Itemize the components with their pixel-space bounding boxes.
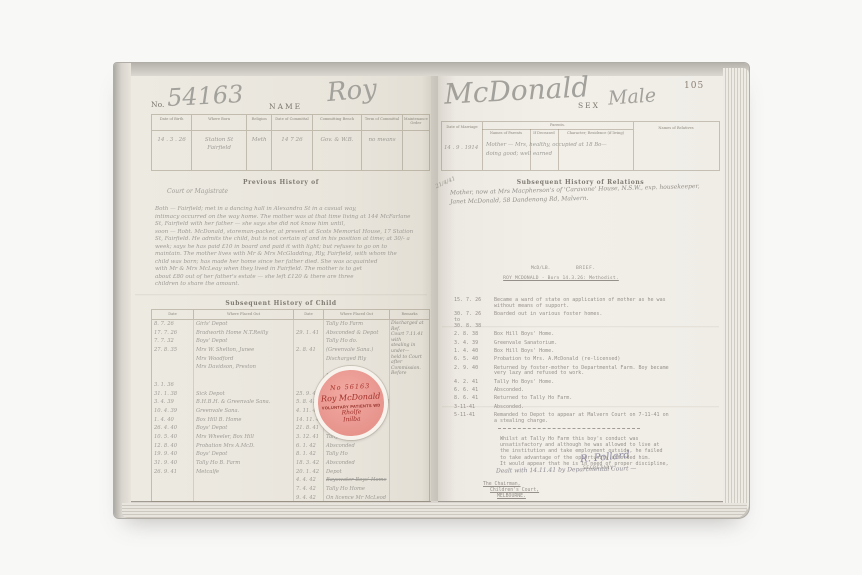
- table-cell: [294, 355, 324, 364]
- handwriting-line: week; says he has paid £10 in board and …: [155, 244, 423, 252]
- table-cell: 18. 3. 42: [294, 459, 324, 468]
- brief-entry-text: Box Hill Boys' Home.: [494, 332, 672, 338]
- table-cell: 3. 12. 41: [294, 433, 324, 442]
- table-cell: Discharged Rly: [324, 355, 390, 364]
- table-row: 12. 8. 40Probation Mrs A.McD.6. 1. 42Abs…: [152, 442, 429, 451]
- brief-entry-text: Became a ward of state on application of…: [494, 298, 672, 310]
- table-cell: [390, 450, 429, 459]
- table-cell: [152, 485, 194, 494]
- table-cell: Girls' Depot: [194, 320, 294, 329]
- brief-entry-date: 1. 4. 40: [454, 349, 494, 355]
- table-cell: 17. 7. 26: [152, 329, 194, 338]
- table-row: 1. 4. 40Box Hill B. Home14. 11. 41Abscon…: [152, 416, 429, 425]
- table-cell: Mrs Woodford: [194, 355, 294, 364]
- brief-entry: 6. 6. 41Absconded.: [454, 388, 672, 394]
- table-row: 9. 4. 42On licence Mr McLeod: [152, 494, 429, 502]
- table-cell: 10. 5. 40: [152, 433, 194, 442]
- column-header: Maintenance Order: [403, 115, 429, 131]
- table-cell: Depot: [324, 468, 390, 477]
- table-cell: [390, 468, 429, 477]
- table-cell: 1. 4. 40: [152, 416, 194, 425]
- brief-entry: 5-11-41Remanded to Depot to appear at Ma…: [454, 413, 672, 425]
- table-cell: [390, 485, 429, 494]
- column-value: no means: [362, 131, 401, 170]
- book-cover-top-edge: [114, 63, 749, 76]
- table-cell: [294, 337, 324, 346]
- info-table-column: Maintenance Order: [403, 115, 429, 170]
- table-cell: [390, 381, 429, 390]
- handwriting-line: child was born; has made her home since …: [155, 259, 423, 267]
- column-header: Where Placed Out: [324, 310, 390, 319]
- brief-title: ROY MCDONALD - Born 14.3.26: Methodist.: [496, 276, 626, 281]
- typed-separator: [498, 428, 640, 429]
- table-cell: 6. 1. 42: [294, 442, 324, 451]
- table-row: 4. 4. 42Bayswater Boys' Home: [152, 476, 429, 485]
- info-table-column: Term of Committalno means: [362, 115, 402, 170]
- table-cell: [294, 363, 324, 372]
- brief-entry-date: 3. 4. 39: [454, 341, 494, 347]
- brief-entry-text: Tally Ho Boys' Home.: [494, 380, 672, 386]
- column-value: 14 7 26: [272, 131, 311, 170]
- column-value: 14 . 3 . 26: [152, 131, 191, 170]
- child-history-caption: Subsequent History of Child: [131, 300, 431, 307]
- brief-entry: 3-11-41Absconded.: [454, 405, 672, 411]
- brief-entry-text: Absconded.: [494, 405, 672, 411]
- register-right-page: 105 McDonald SEX Male Date of Marriage P…: [438, 76, 723, 501]
- table-cell: Sick Depot: [194, 390, 294, 399]
- table-cell: Tally Ho Home: [324, 485, 390, 494]
- table-cell: [152, 363, 194, 372]
- remark-line: held to Court after: [391, 355, 428, 366]
- ward-number-handwritten: 54163: [166, 80, 244, 112]
- handwriting-line: Mother — Mrs, healthy, occupied at 18 Bo…: [486, 141, 636, 150]
- family-group-header: Parents.: [482, 123, 633, 127]
- table-cell: Mrs Davidson, Preston: [194, 363, 294, 372]
- column-header: Date: [152, 310, 194, 319]
- sex-label: SEX: [578, 101, 600, 110]
- no-label: No.: [151, 100, 164, 109]
- column-header: Where Born: [192, 115, 246, 131]
- table-cell: Box Hill B. Home: [194, 416, 294, 425]
- brief-heading: BRIEF.: [576, 266, 596, 271]
- table-cell: [194, 381, 294, 390]
- table-cell: 8. 1. 42: [294, 450, 324, 459]
- table-cell: Tally Ho B. Farm: [194, 459, 294, 468]
- table-cell: [390, 407, 429, 416]
- table-cell: Bradworth Home N.T.Reilly: [194, 329, 294, 338]
- table-row: 17. 7. 26Bradworth Home N.T.Reilly29. 1.…: [152, 329, 429, 338]
- handwriting-line: St, Fairfield. He admits the child, but …: [155, 236, 423, 244]
- column-header: Date of Committal: [272, 115, 311, 131]
- table-cell: 7. 4. 42: [294, 485, 324, 494]
- handwriting-line: St, Fairfield with her father — she says…: [155, 221, 423, 229]
- table-cell: 21. 8. 41: [294, 424, 324, 433]
- page-stack-bottom-edge: [122, 503, 747, 518]
- table-cell: [294, 320, 324, 329]
- table-row: Mrs WoodfordDischarged Rly: [152, 355, 429, 364]
- addressee-line: MELBOURNE.: [483, 494, 539, 500]
- table-cell: Bayswater Boys' Home: [324, 476, 390, 485]
- table-cell: Mrs Wheeler, Box Hill: [194, 433, 294, 442]
- table-cell: 9. 4. 42: [294, 494, 324, 502]
- table-cell: (Greenvale Sana.): [324, 346, 390, 355]
- column-header: Date of Birth: [152, 115, 191, 131]
- info-table-column: ReligionMeth: [247, 115, 272, 170]
- sticker-script-line: Inilba: [342, 416, 362, 424]
- info-table-column: Date of Committal14 7 26: [272, 115, 312, 170]
- table-cell: 26. 4. 40: [152, 424, 194, 433]
- table-row: Murray: [152, 372, 429, 381]
- table-cell: [152, 372, 194, 381]
- table-cell: [194, 372, 294, 381]
- table-cell: [390, 476, 429, 485]
- brief-entry-text: Returned to Tally Ho Farm.: [494, 396, 672, 402]
- column-header: Date: [294, 310, 324, 319]
- family-sub-header: If Deceased: [530, 131, 558, 135]
- table-cell: 29. 1. 41: [294, 329, 324, 338]
- table-cell: 31. 9. 40: [152, 459, 194, 468]
- table-cell: 3. 4. 39: [152, 398, 194, 407]
- table-cell: B.H.B.H. & Greenvale Sana.: [194, 398, 294, 407]
- handwriting-line: maintain. The mother lives with Mr & Mrs…: [155, 251, 423, 259]
- column-value: Gov. & W.B.: [313, 131, 362, 170]
- column-header: Remarks: [390, 310, 429, 319]
- family-sub-header: Character; Residence (if living): [558, 131, 633, 135]
- table-cell: Probation Mrs A.McD.: [194, 442, 294, 451]
- table-cell: Boys' Depot: [194, 337, 294, 346]
- page-stack-right-edge: [723, 68, 749, 514]
- column-header: Term of Committal: [362, 115, 401, 131]
- remark-line: stealing in under—: [391, 343, 428, 354]
- brief-entry: 2. 8. 38Box Hill Boys' Home.: [454, 332, 672, 338]
- signature-title: SECRETARY.: [583, 466, 617, 471]
- brief-entry-date: 2. 9. 40: [454, 366, 494, 378]
- brief-reference: McD/LB.: [531, 266, 550, 271]
- family-details-table: Date of Marriage Parents. Names of Paren…: [441, 121, 720, 171]
- brief-entry: 8. 6. 41Returned to Tally Ho Farm.: [454, 396, 672, 402]
- table-cell: 8. 7. 26: [152, 320, 194, 329]
- brief-entry: 15. 7. 26Became a ward of state on appli…: [454, 298, 672, 310]
- table-cell: [152, 476, 194, 485]
- handwriting-line: doing good; well earned: [486, 150, 636, 159]
- family-sub-header: Names of Parents: [482, 131, 530, 135]
- brief-entry-text: Remanded to Depot to appear at Malvern C…: [494, 413, 672, 425]
- handwriting-line: Both — Fairfield; met in a dancing hall …: [155, 206, 423, 214]
- brief-entry-text: Greenvale Sanatorium.: [494, 341, 672, 347]
- info-table-column: Committing BenchGov. & W.B.: [313, 115, 363, 170]
- brief-entry-text: Boarded out in various foster homes.: [494, 312, 672, 330]
- table-cell: Boys' Depot: [194, 450, 294, 459]
- brief-entry-text: Returned by foster-mother to Departmenta…: [494, 366, 672, 378]
- column-header: Religion: [247, 115, 271, 131]
- column-value: [403, 131, 429, 170]
- table-cell: 19. 9. 40: [152, 450, 194, 459]
- info-table-column: Date of Birth14 . 3 . 26: [152, 115, 192, 170]
- table-row: 8. 7. 26Girls' DepotTally Ho Farm: [152, 320, 429, 329]
- brief-entry-date: 3-11-41: [454, 405, 494, 411]
- table-cell: Absconded: [324, 442, 390, 451]
- brief-entry-text: Absconded.: [494, 388, 672, 394]
- page-number: 105: [684, 81, 704, 91]
- committal-details-table: Date of Birth14 . 3 . 26Where BornStatio…: [151, 114, 430, 171]
- handwriting-line: intimacy occurred on the way home. The m…: [155, 214, 423, 222]
- table-row: 7. 7. 32Boys' DepotTally Ho do.: [152, 337, 429, 346]
- table-row: 26. 9. 41Metcalfe20. 1. 42Depot: [152, 468, 429, 477]
- table-row: 7. 4. 42Tally Ho Home: [152, 485, 429, 494]
- table-cell: 7. 7. 32: [152, 337, 194, 346]
- table-cell: [194, 485, 294, 494]
- register-left-page: No. 54163 NAME Roy Date of Birth14 . 3 .…: [131, 76, 431, 501]
- table-row: 10. 5. 40Mrs Wheeler, Box Hill3. 12. 41T…: [152, 433, 429, 442]
- table-cell: [390, 433, 429, 442]
- brief-entry-date: 5-11-41: [454, 413, 494, 425]
- brief-entry-date: 6. 6. 41: [454, 388, 494, 394]
- info-table-column: Where BornStation St Fairfield: [192, 115, 247, 170]
- child-history-remarks: Discharged at Ref.Court 7.11.41 withstea…: [391, 321, 428, 377]
- table-cell: Metcalfe: [194, 468, 294, 477]
- table-cell: [390, 390, 429, 399]
- table-cell: Tally Ho Farm: [324, 320, 390, 329]
- previous-history-annotation: Court or Magistrate: [167, 188, 228, 195]
- book-cover-left-edge: [114, 63, 131, 518]
- table-cell: On licence Mr McLeod: [324, 494, 390, 502]
- page-crease: [135, 294, 427, 296]
- table-cell: [390, 416, 429, 425]
- family-entry-handwriting: Mother — Mrs, healthy, occupied at 18 Bo…: [486, 141, 636, 159]
- brief-entry: 3. 4. 39Greenvale Sanatorium.: [454, 341, 672, 347]
- table-cell: [390, 424, 429, 433]
- table-cell: [194, 476, 294, 485]
- handwriting-line: children to share the amount.: [155, 281, 423, 289]
- family-entry-date: 14 . 9 . 1914: [444, 144, 482, 153]
- brief-entry: 1. 4. 40Box Hill Boys' Home.: [454, 349, 672, 355]
- brief-entry: 2. 9. 40Returned by foster-mother to Dep…: [454, 366, 672, 378]
- table-cell: Greenvale Sana.: [194, 407, 294, 416]
- remark-line: Discharged at Ref.: [391, 321, 428, 332]
- table-cell: 26. 9. 41: [152, 468, 194, 477]
- remark-line: Before: [391, 371, 428, 377]
- table-cell: Mrs W. Shelton, Junee: [194, 346, 294, 355]
- handwriting-line: with Mr & Mrs McLeay when they lived in …: [155, 266, 423, 274]
- table-row: 31. 9. 40Tally Ho B. Farm18. 3. 42Abscon…: [152, 459, 429, 468]
- name-label: NAME: [269, 102, 302, 111]
- brief-entry: 4. 2. 41Tally Ho Boys' Home.: [454, 380, 672, 386]
- previous-history-caption: Previous History of: [131, 179, 431, 186]
- table-row: Mrs Davidson, Preston: [152, 363, 429, 372]
- brief-entry: 30. 7. 26 to 30. 8. 38Boarded out in var…: [454, 312, 672, 330]
- table-cell: Absconded & Depot: [324, 329, 390, 338]
- table-cell: Tally Ho: [324, 450, 390, 459]
- table-cell: [390, 494, 429, 502]
- register-book: No. 54163 NAME Roy Date of Birth14 . 3 .…: [113, 62, 750, 519]
- previous-history-handwriting: Both — Fairfield; met in a dancing hall …: [155, 206, 423, 289]
- child-history-table: DateWhere Placed OutDateWhere Placed Out…: [151, 309, 430, 502]
- table-cell: 4. 4. 42: [294, 476, 324, 485]
- table-cell: [390, 459, 429, 468]
- brief-entry-text: Probation to Mrs. A.McDonald (re-license…: [494, 357, 672, 363]
- table-cell: 20. 1. 42: [294, 468, 324, 477]
- first-name-handwritten: Roy: [326, 74, 378, 108]
- brief-entry: 6. 5. 40Probation to Mrs. A.McDonald (re…: [454, 357, 672, 363]
- table-cell: [390, 398, 429, 407]
- table-cell: 10. 4. 39: [152, 407, 194, 416]
- handwriting-line: about £80 out of her father's estate — s…: [155, 274, 423, 282]
- sticker-script-lines: RholfeInilba: [342, 409, 362, 423]
- brief-entry-date: 15. 7. 26: [454, 298, 494, 310]
- column-value: Meth: [247, 131, 271, 170]
- table-cell: 27. 8. 35: [152, 346, 194, 355]
- brief-entry-date: 8. 6. 41: [454, 396, 494, 402]
- brief-entry-date: 6. 5. 40: [454, 357, 494, 363]
- table-cell: Absconded: [324, 459, 390, 468]
- table-cell: 3. 1. 36: [152, 381, 194, 390]
- table-row: 26. 4. 40Boys' Depot21. 8. 41Depot: [152, 424, 429, 433]
- addressee-block: The Chairman,Children's Court,MELBOURNE.: [483, 482, 539, 500]
- table-cell: [194, 494, 294, 502]
- table-cell: [390, 442, 429, 451]
- brief-entry-text: Box Hill Boys' Home.: [494, 349, 672, 355]
- sticker-number: No 56163: [330, 382, 371, 392]
- table-row: 27. 8. 35Mrs W. Shelton, Junee2. 8. 41(G…: [152, 346, 429, 355]
- table-row: 3. 1. 36: [152, 381, 429, 390]
- table-cell: Tally Ho do.: [324, 337, 390, 346]
- sticker-name: Roy McDonald: [321, 391, 381, 403]
- brief-entry-list: 15. 7. 26Became a ward of state on appli…: [454, 298, 672, 427]
- table-cell: Boys' Depot: [194, 424, 294, 433]
- table-cell: 2. 8. 41: [294, 346, 324, 355]
- table-cell: [152, 355, 194, 364]
- child-history-header-row: DateWhere Placed OutDateWhere Placed Out…: [152, 310, 429, 320]
- surname-handwritten: McDonald: [443, 70, 590, 111]
- photo-background: No. 54163 NAME Roy Date of Birth14 . 3 .…: [0, 0, 862, 575]
- table-cell: 31. 1. 38: [152, 390, 194, 399]
- handwriting-line: soon — Robt. McDonald, storeman-packer, …: [155, 229, 423, 237]
- column-header: Where Placed Out: [194, 310, 294, 319]
- table-cell: [152, 494, 194, 502]
- column-header: Committing Bench: [313, 115, 362, 131]
- column-value: Station St Fairfield: [192, 131, 246, 170]
- brief-entry-date: 4. 2. 41: [454, 380, 494, 386]
- family-col-date-label: Date of Marriage: [442, 125, 482, 129]
- family-wide-header: Names of Relatives: [633, 126, 719, 130]
- table-row: 19. 9. 40Boys' Depot8. 1. 42Tally Ho: [152, 450, 429, 459]
- remark-line: Court 7.11.41 with: [391, 332, 428, 343]
- table-cell: 12. 8. 40: [152, 442, 194, 451]
- brief-entry-date: 30. 7. 26 to 30. 8. 38: [454, 312, 494, 330]
- sex-value-handwritten: Male: [607, 84, 657, 109]
- brief-entry-date: 2. 8. 38: [454, 332, 494, 338]
- table-cell: [294, 372, 324, 381]
